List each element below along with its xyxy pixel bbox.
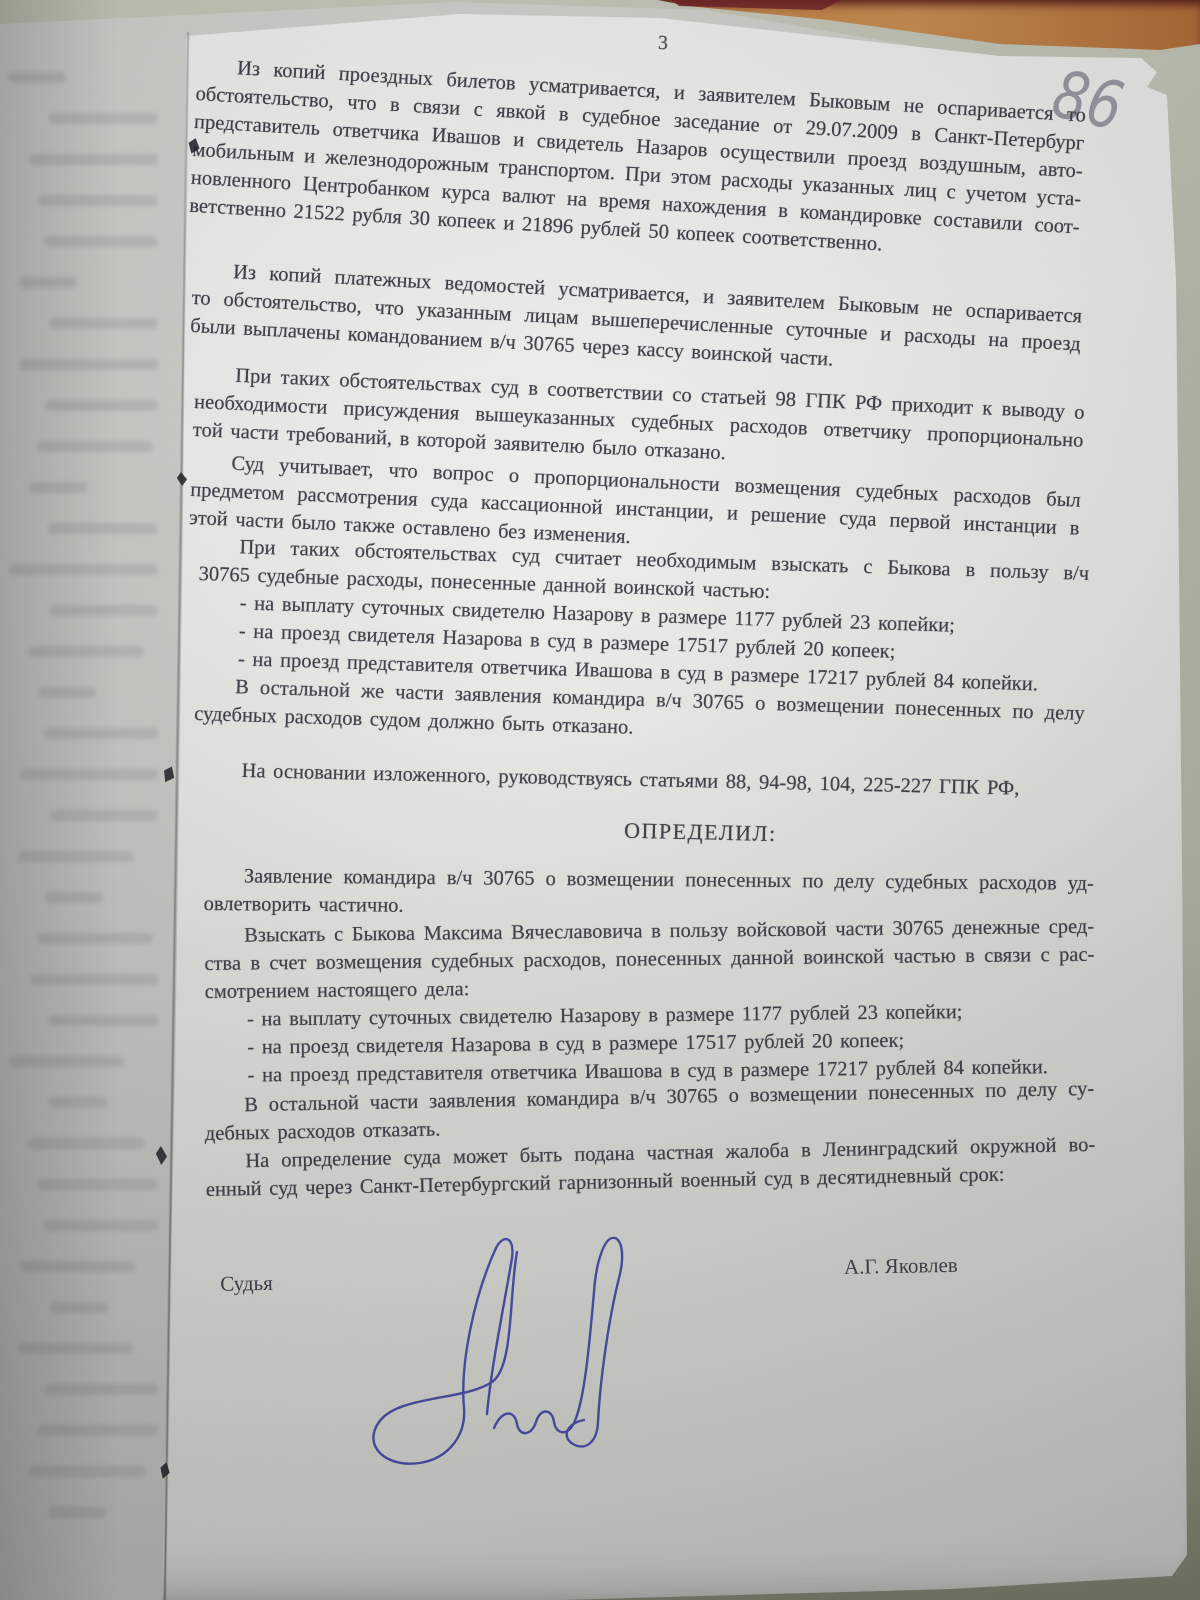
- ghost-line: [9, 564, 158, 575]
- ghost-line: [45, 892, 103, 903]
- ghost-text-lines: [0, 0, 170, 1600]
- section-refusal-and-appeal: В остальной части заявления командира в/…: [204, 1075, 1096, 1204]
- paragraph: Взыскать с Быкова Максима Вячеславовича …: [204, 913, 1095, 1006]
- ghost-line: [49, 605, 158, 616]
- ghost-line: [50, 1302, 108, 1313]
- section-legal-basis: На основании изложенного, руководствуясь…: [200, 756, 1092, 856]
- ghost-line: [20, 1261, 135, 1272]
- ghost-line: [48, 1507, 106, 1518]
- ghost-line: [20, 769, 158, 780]
- ghost-line: [30, 974, 158, 985]
- ghost-line: [19, 359, 158, 370]
- ghost-line: [38, 1179, 158, 1190]
- ghost-line: [29, 482, 87, 493]
- judge-signature-ink: [346, 1232, 686, 1472]
- ghost-line: [29, 154, 158, 165]
- ghost-line: [37, 933, 153, 944]
- photo-of-court-ruling-page: 3 86 Из копий проездных билетов усматрив…: [0, 0, 1200, 1600]
- ghost-line: [44, 1220, 158, 1231]
- expenses-list: - на выплату суточных свидетелю Назарову…: [205, 997, 1096, 1090]
- ghost-line: [38, 195, 158, 206]
- ghost-line: [28, 646, 144, 657]
- ghost-line: [50, 318, 158, 329]
- ghost-line: [45, 400, 158, 411]
- ghost-line: [49, 1097, 107, 1108]
- page-number: 3: [658, 32, 669, 55]
- paragraph: На основании изложенного, руководствуясь…: [201, 756, 1091, 804]
- section-recover-from-bykov: Взыскать с Быкова Максима Вячеславовича …: [204, 913, 1096, 1090]
- ghost-line: [50, 810, 158, 821]
- ghost-line: [38, 687, 96, 698]
- ghost-line: [9, 1056, 124, 1067]
- judge-name: А.Г. Яковлев: [844, 1253, 958, 1280]
- ghost-line: [19, 277, 77, 288]
- ghost-line: [18, 851, 133, 862]
- text-line: На основании изложенного, руководствуясь…: [201, 756, 1091, 804]
- ghost-line: [30, 1466, 145, 1477]
- ghost-line: [48, 523, 158, 534]
- section-court-considers: При таких обстоятельствах суд считает не…: [194, 532, 1090, 756]
- ghost-line: [8, 72, 66, 83]
- ruling-heading: ОПРЕДЕЛИЛ:: [200, 806, 1090, 856]
- ghost-line: [37, 441, 153, 452]
- ghost-line: [44, 728, 158, 739]
- paragraph-travel-tickets: Из копий проездных билетов усматривается…: [189, 52, 1087, 269]
- text-line: ОПРЕДЕЛИЛ:: [310, 808, 1090, 856]
- ghost-line: [28, 1138, 144, 1149]
- judge-label: Судья: [220, 1271, 273, 1296]
- ghost-line: [18, 1343, 134, 1354]
- ghost-line: [48, 1015, 158, 1026]
- ghost-line: [37, 1425, 158, 1436]
- ghost-line: [44, 236, 158, 247]
- ghost-line: [49, 113, 158, 124]
- ghost-line: [45, 1384, 158, 1395]
